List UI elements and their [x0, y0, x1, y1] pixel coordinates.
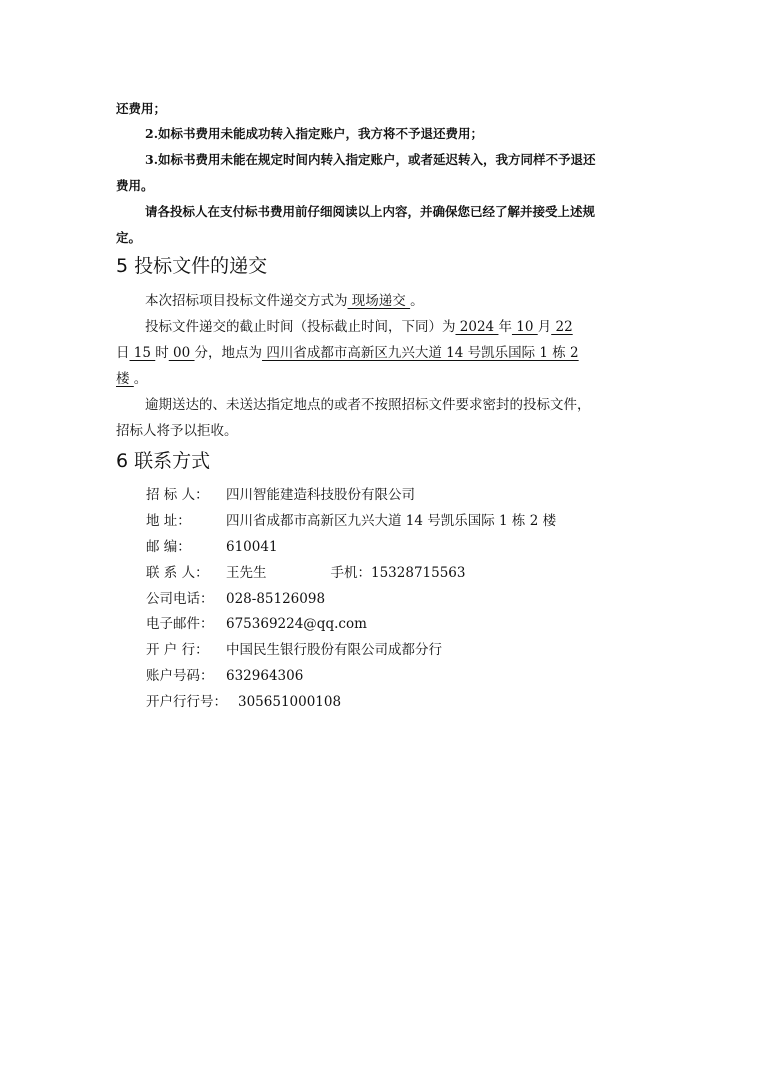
fee-rule-3-line1: 3.如标书费用未能在规定时间内转入指定账户，或者延迟转入，我方同样不予退还	[145, 151, 596, 169]
submission-method: 本次招标项目投标文件递交方式为 现场递交 。	[145, 292, 424, 310]
deadline-minute: 00	[169, 345, 195, 361]
month-unit: 月	[538, 319, 552, 335]
fee-rule-3-line2: 费用。	[116, 177, 154, 195]
fee-rule-2: 2.如标书费用未能成功转入指定账户，我方将不予退还费用；	[145, 125, 483, 143]
contact-label: 电子邮件：	[146, 615, 226, 633]
contact-person: 联 系 人：王先生手机：15328715563	[146, 564, 465, 582]
contact-value: 675369224@qq.com	[226, 616, 367, 632]
submission-method-value: 现场递交	[348, 293, 411, 309]
submission-method-suffix: 。	[410, 293, 424, 309]
submission-location-cont: 楼	[116, 371, 134, 387]
contact-value: 四川省成都市高新区九兴大道 14 号凯乐国际 1 栋 2 楼	[226, 513, 556, 529]
section-6-heading: 6 联系方式	[116, 449, 210, 473]
document-page: 还费用； 2.如标书费用未能成功转入指定账户，我方将不予退还费用； 3.如标书费…	[0, 0, 764, 1080]
year-unit: 年	[498, 319, 512, 335]
contact-value: 305651000108	[238, 694, 341, 710]
contact-postcode: 邮 编：610041	[146, 538, 278, 556]
contact-label: 公司电话：	[146, 590, 226, 608]
contact-value: 028-85126098	[226, 591, 325, 607]
contact-bank-code: 开户行行号：305651000108	[146, 693, 341, 711]
fee-text-tail: 还费用；	[116, 100, 166, 118]
contact-value: 610041	[226, 539, 278, 555]
contact-value: 王先生	[226, 565, 267, 581]
contact-label: 开 户 行：	[146, 641, 226, 659]
day-unit: 日	[116, 345, 130, 361]
fee-notice-line2: 定。	[116, 229, 141, 247]
deadline-prefix: 投标文件递交的截止时间（投标截止时间，下同）为	[145, 319, 456, 335]
section-5-heading: 5 投标文件的递交	[116, 254, 267, 278]
contact-tenderer: 招 标 人：四川智能建造科技股份有限公司	[146, 486, 415, 504]
deadline-year: 2024	[456, 319, 499, 335]
deadline-day: 22	[551, 319, 572, 335]
hour-unit: 时	[155, 345, 169, 361]
contact-label: 地 址：	[146, 512, 226, 530]
contact-bank: 开 户 行：中国民生银行股份有限公司成都分行	[146, 641, 442, 659]
contact-value: 中国民生银行股份有限公司成都分行	[226, 642, 442, 658]
contact-address: 地 址：四川省成都市高新区九兴大道 14 号凯乐国际 1 栋 2 楼	[146, 512, 556, 530]
contact-label: 开户行行号：	[146, 693, 238, 711]
contact-label: 招 标 人：	[146, 486, 226, 504]
reject-line1: 逾期送达的、未送达指定地点的或者不按照招标文件要求密封的投标文件，	[145, 396, 591, 414]
contact-label: 联 系 人：	[146, 564, 226, 582]
reject-line2: 招标人将予以拒收。	[116, 422, 238, 440]
contact-label: 账户号码：	[146, 667, 226, 685]
mobile-value: 15328715563	[371, 565, 465, 581]
location-suffix: 。	[134, 371, 148, 387]
fee-notice-line1: 请各投标人在支付标书费用前仔细阅读以上内容，并确保您已经了解并接受上述规	[145, 203, 595, 221]
deadline-line1: 投标文件递交的截止时间（投标截止时间，下同）为 2024 年 10 月 22	[145, 318, 573, 336]
submission-location: 四川省成都市高新区九兴大道 14 号凯乐国际 1 栋 2	[262, 345, 579, 361]
contact-value: 四川智能建造科技股份有限公司	[226, 487, 415, 503]
contact-value: 632964306	[226, 668, 303, 684]
contact-label: 邮 编：	[146, 538, 226, 556]
deadline-line3: 楼 。	[116, 370, 147, 388]
deadline-line2: 日 15 时 00 分，地点为 四川省成都市高新区九兴大道 14 号凯乐国际 1…	[116, 344, 579, 362]
minute-unit: 分，地点为	[195, 345, 263, 361]
contact-phone: 公司电话：028-85126098	[146, 590, 325, 608]
deadline-month: 10	[512, 319, 538, 335]
deadline-hour: 15	[130, 345, 156, 361]
contact-email: 电子邮件：675369224@qq.com	[146, 615, 367, 633]
mobile-label: 手机：	[331, 565, 372, 581]
submission-method-prefix: 本次招标项目投标文件递交方式为	[145, 293, 348, 309]
contact-account: 账户号码：632964306	[146, 667, 303, 685]
